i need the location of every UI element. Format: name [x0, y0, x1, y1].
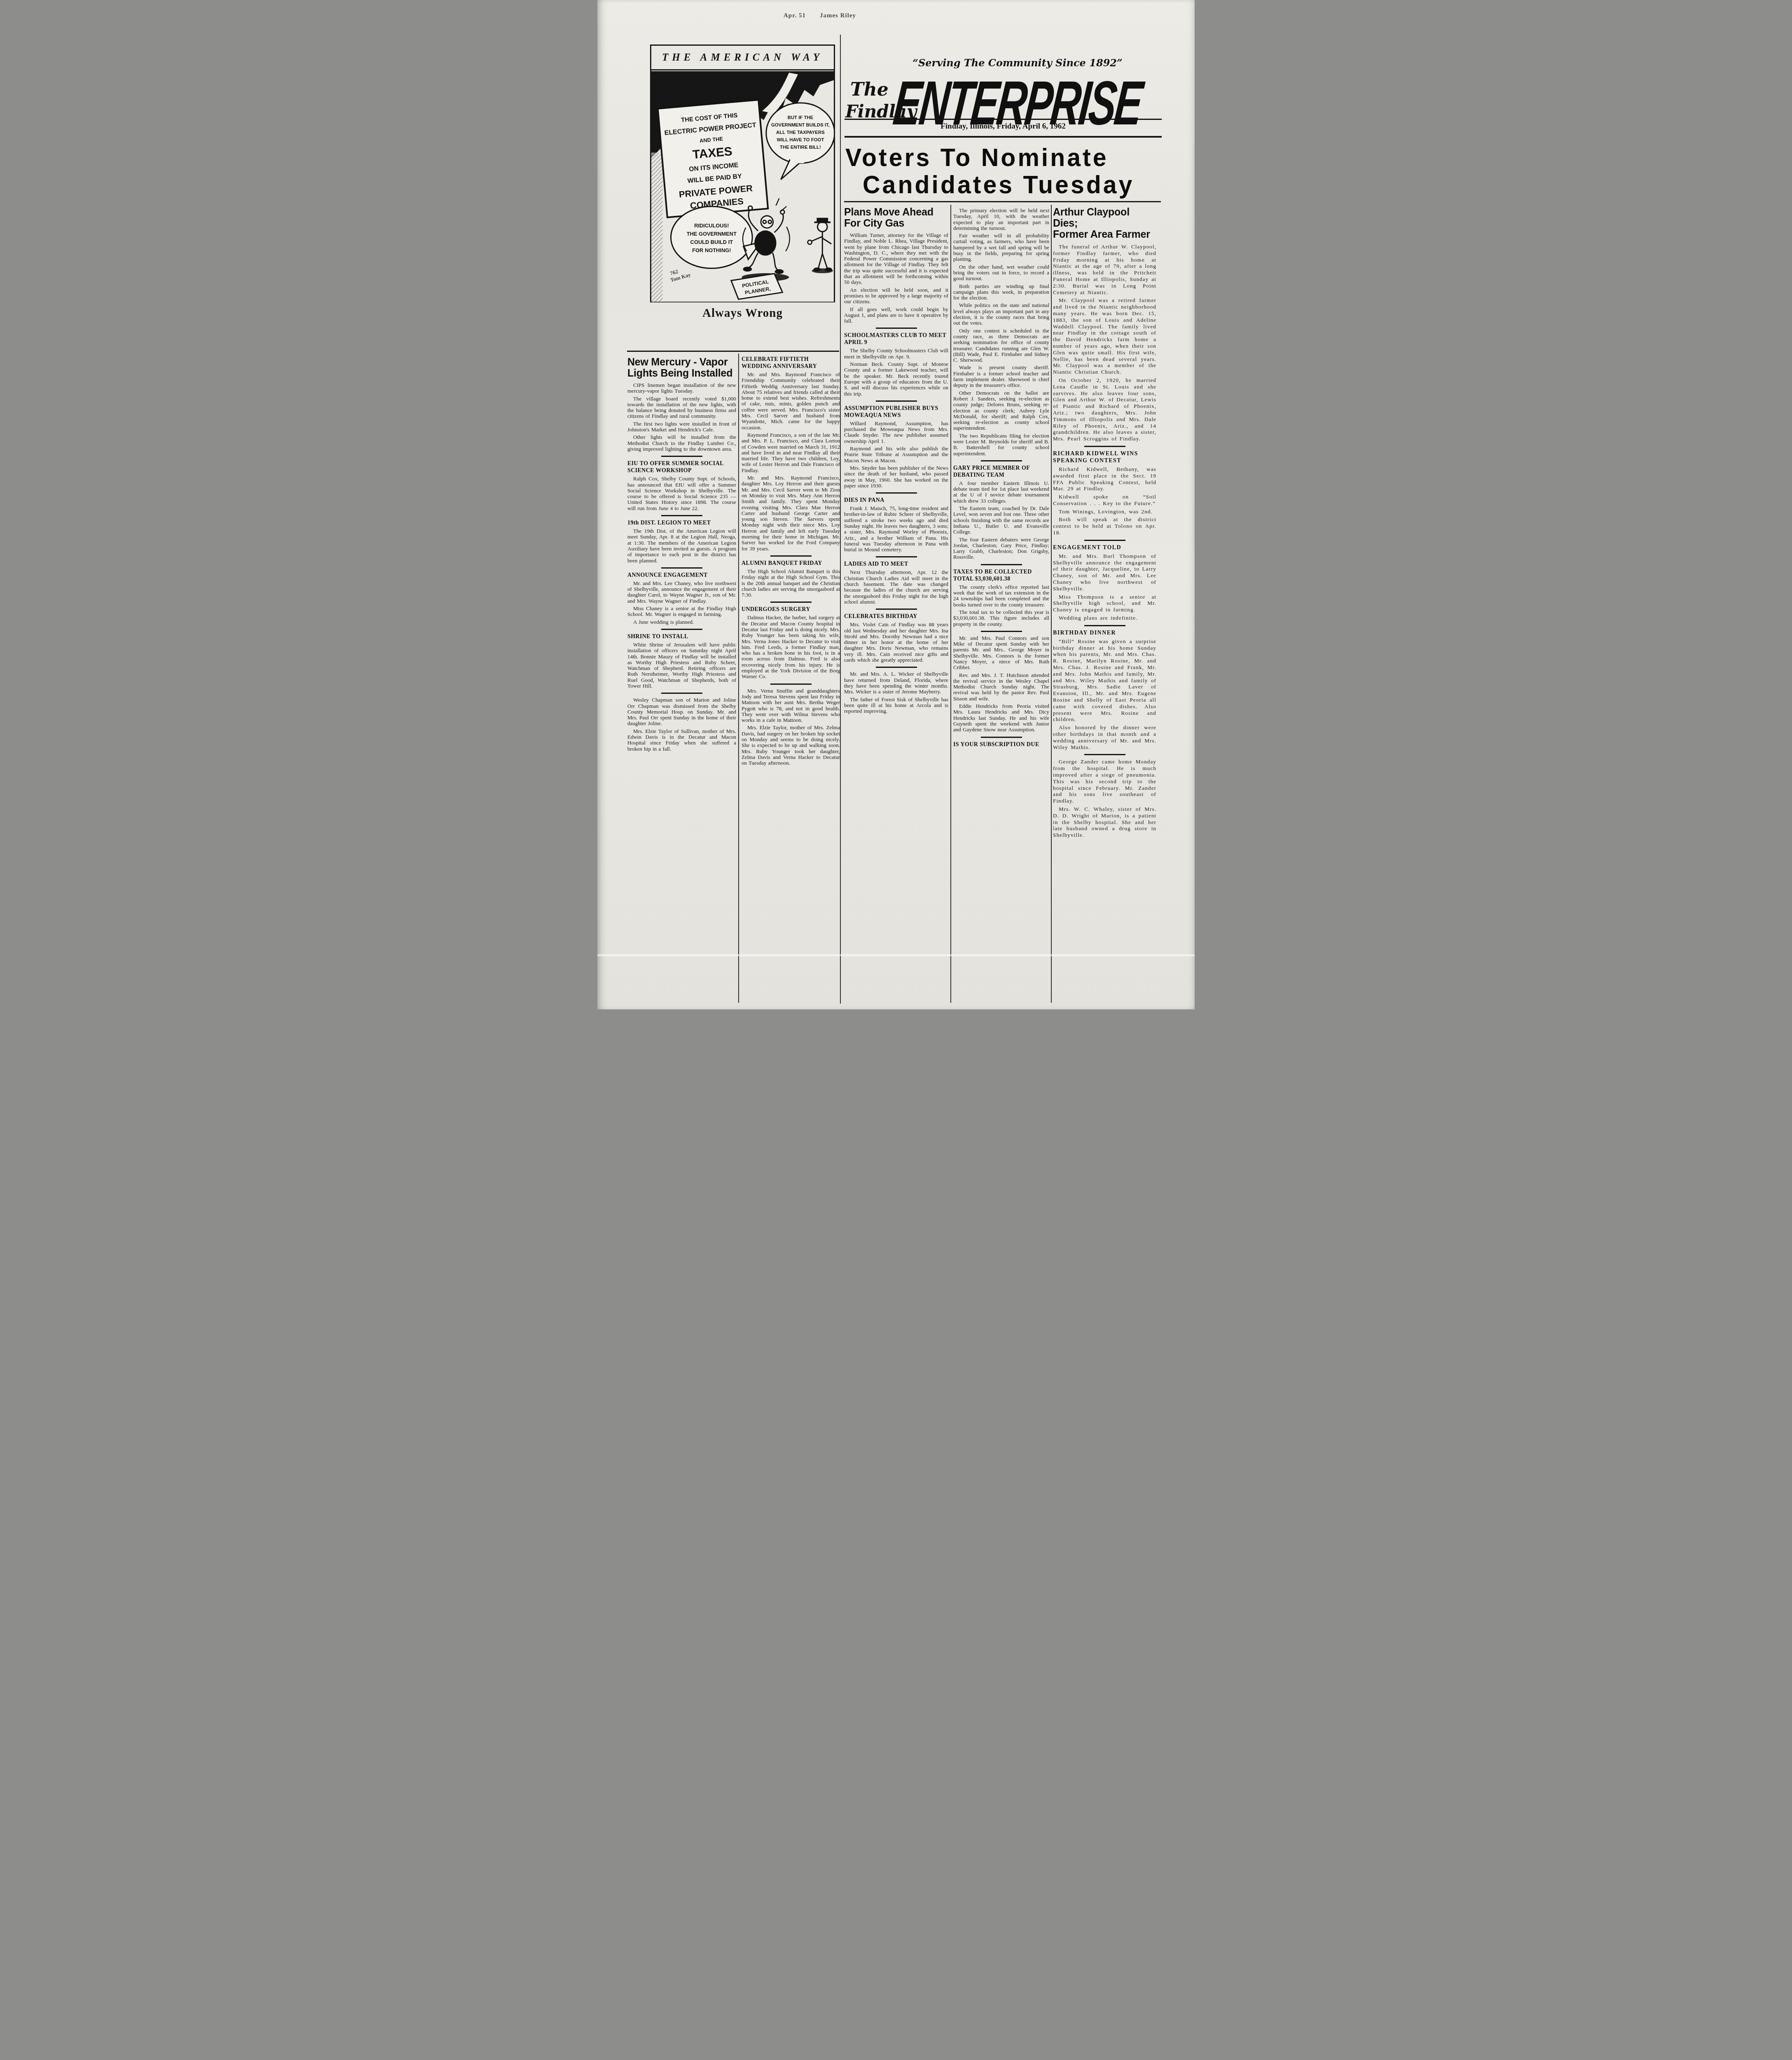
article-heading: CELEBRATE FIFTIETH WEDDING ANNIVERSARY: [742, 356, 840, 370]
article-paragraph: Tom Winings, Lovington, was 2nd.: [1053, 508, 1156, 515]
article-paragraph: If all goes well, work could begin by Au…: [844, 307, 948, 324]
column-1: New Mercury - Vapor Lights Being Install…: [627, 356, 736, 1003]
article-heading: ANNOUNCE ENGAGEMENT: [627, 572, 736, 579]
article-paragraph: Miss Thompson is a senior at Shelbyville…: [1053, 594, 1156, 613]
article-paragraph: The county clerk's office reported last …: [953, 584, 1049, 608]
article-paragraph: The Shelby County Schoolmasters Club wil…: [844, 348, 948, 360]
article-heading: SHRINE TO INSTALL: [627, 633, 736, 640]
column-2: CELEBRATE FIFTIETH WEDDING ANNIVERSARYMr…: [742, 356, 840, 1003]
cartoon-title: THE AMERICAN WAY: [651, 46, 834, 70]
lead-headline-line1: Voters To Nominate: [845, 145, 1109, 171]
article-heading: TAXES TO BE COLLECTED TOTAL $3,030,601.3…: [953, 569, 1049, 583]
article-separator: [661, 515, 702, 516]
article-heading: BIRTHDAY DINNER: [1053, 630, 1156, 637]
article-separator: [661, 567, 702, 569]
bubble-line: ALL THE TAXPAYERS: [776, 130, 825, 135]
article-separator: [1084, 540, 1125, 541]
newspaper-page: Apr. 51James Riley THE AMERICAN WAY THE …: [597, 0, 1195, 1009]
bubble-line: WILL HAVE TO FOOT: [777, 138, 824, 143]
article-paragraph: Raymond and his wife also publish the Pr…: [844, 446, 948, 463]
article-paragraph: William Turner, attorney for the Village…: [844, 232, 948, 286]
divider-left-right-section: [840, 35, 841, 1004]
article-paragraph: A June wedding is planned.: [627, 619, 736, 625]
article-separator: [876, 667, 917, 668]
masthead-tagline: “Serving The Community Since 1892”: [873, 57, 1162, 69]
article-paragraph: The first two lights were installed in f…: [627, 421, 736, 433]
article-paragraph: George Zander came home Monday from the …: [1053, 758, 1156, 804]
article-paragraph: CIPS linemen began installation of the n…: [627, 382, 736, 394]
article-paragraph: Raymond Francisco, a son of the late Mr.…: [742, 432, 840, 473]
masthead: “Serving The Community Since 1892” The F…: [845, 0, 1162, 206]
article-paragraph: “Bill” Rosine was given a surprise birth…: [1053, 638, 1156, 723]
article-paragraph: The High School Alumni Banquet is this F…: [742, 569, 840, 598]
cost-sign: THE COST OF THIS ELECTRIC POWER PROJECT …: [658, 100, 768, 217]
article-paragraph: Kidwell spoke on “Soil Conservation . . …: [1053, 494, 1156, 507]
article-paragraph: Mrs. Snyder has been publisher of the Ne…: [844, 465, 948, 489]
article-paragraph: Only one contest is scheduled in the cou…: [953, 328, 1049, 363]
article-separator: [981, 737, 1022, 738]
article-paragraph: Mr. and Mrs. Burl Thompson of Shelbyvill…: [1053, 553, 1156, 592]
article-paragraph: The 19th Dist. of the American Legion wi…: [627, 528, 736, 564]
article-heading: LADIES AID TO MEET: [844, 561, 948, 568]
article-paragraph: Both will speak at the district contest …: [1053, 516, 1156, 536]
article-separator: [876, 328, 917, 329]
dateline: Findlay, Illinois, Friday, April 6, 1962: [845, 122, 1162, 131]
article-paragraph: On October 2, 1920, he married Lena Caud…: [1053, 377, 1156, 442]
article-separator: [661, 456, 702, 457]
article-paragraph: The Eastern team, coached by Dr. Dale Le…: [953, 506, 1049, 535]
article-heading: Arthur Claypool Dies; Former Area Farmer: [1053, 207, 1156, 240]
article-heading: 19th DIST. LEGION TO MEET: [627, 520, 736, 527]
article-separator: [770, 684, 812, 685]
article-separator: [770, 602, 812, 603]
article-paragraph: A four member Eastern Illinois U. debate…: [953, 480, 1049, 504]
article-heading: CELEBRATES BIRTHDAY: [844, 613, 948, 620]
article-separator: [661, 629, 702, 630]
article-heading: GARY PRICE MEMBER OF DEBATING TEAM: [953, 465, 1049, 479]
bubble-line: COULD BUILD IT: [690, 239, 733, 245]
article-paragraph: The village board recently voted $1,000 …: [627, 396, 736, 419]
bubble-line: RIDICULOUS!: [694, 222, 729, 229]
article-paragraph: Both parties are winding up final campai…: [953, 283, 1049, 301]
article-paragraph: Frank J. Maisch, 75, long-time resident …: [844, 506, 948, 552]
cartoon-illustration: THE COST OF THIS ELECTRIC POWER PROJECT …: [651, 70, 834, 302]
bubble-line: FOR NOTHING!: [692, 247, 731, 253]
article-heading: SCHOOLMASTERS CLUB TO MEET APRIL 9: [844, 332, 948, 346]
article-paragraph: Mrs. Violet Cain of Findlay was 88 years…: [844, 622, 948, 663]
article-paragraph: Willard Raymond, Assumption, has purchas…: [844, 421, 948, 444]
article-paragraph: Wedding plans are indefinite.: [1053, 615, 1156, 621]
article-paragraph: Mr. and Mrs. Lee Chaney, who live northw…: [627, 581, 736, 604]
article-heading: New Mercury - Vapor Lights Being Install…: [627, 357, 736, 379]
article-separator: [770, 555, 812, 557]
article-paragraph: Wade is present county sheriff. Firnhabe…: [953, 365, 1049, 388]
article-paragraph: Mrs. Elzie Taylor, mother of Mrs. Zelma …: [742, 725, 840, 766]
column-3: Plans Move Ahead For City GasWilliam Tur…: [844, 206, 948, 1003]
hatch-edge: [651, 152, 663, 302]
article-paragraph: Mr. and Mrs. A. L. Wicker of Shelbyville…: [844, 671, 948, 695]
article-paragraph: Other lights will be installed from the …: [627, 434, 736, 452]
article-paragraph: Also honored by the dinner were other bi…: [1053, 724, 1156, 750]
article-heading: UNDERGOES SURGERY: [742, 606, 840, 613]
top-note-date: Apr. 51: [784, 12, 806, 19]
rule-under-headline: [844, 201, 1161, 202]
article-separator: [876, 556, 917, 557]
article-heading: Plans Move Ahead For City Gas: [844, 207, 948, 229]
article-paragraph: Next Thursday afternoon, Apr. 12 the Chr…: [844, 569, 948, 605]
article-heading: IS YOUR SUBSCRIPTION DUE: [953, 741, 1049, 748]
article-separator: [981, 460, 1022, 461]
article-separator: [981, 631, 1022, 632]
article-separator: [1084, 754, 1125, 755]
article-paragraph: Wesley Chapman son of Marion and Joline …: [627, 697, 736, 726]
article-paragraph: On the other hand, wet weather could bri…: [953, 264, 1049, 282]
article-paragraph: Eddie Hendricks from Peoria visited Mrs.…: [953, 703, 1049, 733]
masthead-rule-top: [845, 119, 1162, 120]
cartoon-caption: Always Wrong: [650, 307, 835, 320]
divider-col3-col4: [950, 205, 951, 1003]
article-heading: RICHARD KIDWELL WINS SPEAKING CONTEST: [1053, 450, 1156, 464]
article-paragraph: The primary election will be held next T…: [953, 208, 1049, 231]
rule-under-cartoon: [627, 351, 839, 352]
masthead-rule-bottom: [845, 136, 1162, 138]
article-separator: [876, 400, 917, 402]
article-paragraph: While politics on the state and national…: [953, 302, 1049, 326]
article-paragraph: Other Democrats on the ballot are Robert…: [953, 390, 1049, 431]
bubble-line: BUT IF THE: [788, 115, 814, 120]
lead-headline-line2: Candidates Tuesday: [863, 172, 1134, 198]
article-paragraph: Mrs. W. C. Whaley, sister of Mrs. D. D. …: [1053, 806, 1156, 838]
article-separator: [1084, 625, 1125, 626]
article-paragraph: Richard Kidwell, Bethany, was awarded fi…: [1053, 466, 1156, 492]
article-separator: [981, 564, 1022, 565]
article-paragraph: Mrs. Elzie Taylor of Sullivan, mother of…: [627, 728, 736, 752]
article-paragraph: Dalmus Hacker, the barber, had surgery a…: [742, 615, 840, 679]
article-paragraph: An election will be held soon, and it pr…: [844, 287, 948, 305]
column-5: Arthur Claypool Dies; Former Area Farmer…: [1053, 206, 1156, 1003]
article-separator: [661, 693, 702, 694]
column-4: The primary election will be held next T…: [953, 208, 1049, 1003]
article-paragraph: Mr. and Mrs. Paul Connors and son Mike o…: [953, 635, 1049, 671]
article-separator: [876, 609, 917, 610]
article-paragraph: Rev. and Mrs. J. T. Hutchison attended t…: [953, 672, 1049, 702]
article-paragraph: Mr. Claypool was a retired farmer and li…: [1053, 297, 1156, 375]
article-heading: EIU TO OFFER SUMMER SOCIAL SCIENCE WORKS…: [627, 460, 736, 474]
article-paragraph: Fair weather will in all probability cur…: [953, 233, 1049, 262]
article-heading: ALUMNI BANQUET FRIDAY: [742, 560, 840, 567]
article-paragraph: The funeral of Arthur W. Claypool, forme…: [1053, 243, 1156, 295]
article-separator: [1084, 446, 1125, 447]
bubble-line: THE GOVERNMENT: [687, 231, 737, 237]
bubble-line: GOVERNMENT BUILDS IT,: [771, 123, 830, 128]
article-paragraph: Norman Beck. County Supt. of Monroe Coun…: [844, 361, 948, 397]
article-paragraph: Mrs. Verna Snuffin and granddaughters Jo…: [742, 688, 840, 723]
divider-col4-col5: [1051, 205, 1052, 1003]
article-heading: ENGAGEMENT TOLD: [1053, 544, 1156, 551]
article-paragraph: Miss Chaney is a senior at the Findlay H…: [627, 606, 736, 618]
divider-col1-col2: [738, 353, 739, 1003]
article-heading: ASSUMPTION PUBLISHER BUYS MOWEAQUA NEWS: [844, 405, 948, 419]
article-paragraph: The total tax to be collected this year …: [953, 609, 1049, 627]
political-cartoon: THE AMERICAN WAY THE COST OF THIS ELECTR…: [650, 44, 835, 302]
bubble-line: THE ENTIRE BILL!: [780, 145, 821, 150]
article-paragraph: Mr. and Mrs. Raymond Francisco of Friend…: [742, 372, 840, 431]
article-paragraph: Mr. and Mrs. Raymond Francisco, daughter…: [742, 475, 840, 552]
article-paragraph: Ralph Cox, Shelby County Supt. of School…: [627, 476, 736, 511]
article-heading: DIES IN PANA: [844, 497, 948, 504]
article-paragraph: The father of Forest Sisk of Shelbyville…: [844, 697, 948, 714]
article-paragraph: White Shrine of Jerusalem will have publ…: [627, 642, 736, 689]
article-paragraph: The two Republicans filing for election …: [953, 433, 1049, 456]
article-paragraph: The four Eastern debaters were George Jo…: [953, 537, 1049, 560]
article-separator: [876, 492, 917, 494]
masthead-the: The: [850, 79, 889, 100]
